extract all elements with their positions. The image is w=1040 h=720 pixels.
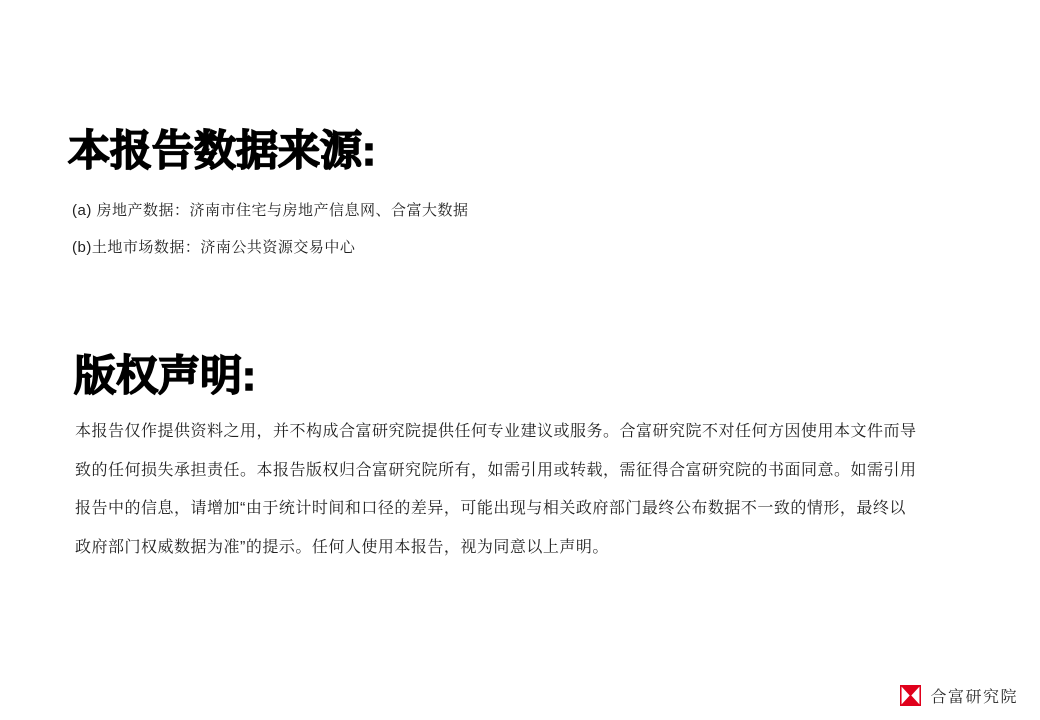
copyright-heading: 版权声明: (74, 353, 256, 399)
copyright-line-2: 致的任何损失承担责任。本报告版权归合富研究院所有，如需引用或转载，需征得合富研究… (75, 452, 980, 491)
data-source-item-b: (b)土地市场数据：济南公共资源交易中心 (72, 229, 469, 266)
copyright-line-4: 政府部门权威数据为准”的提示。任何人使用本报告，视为同意以上声明。 (75, 529, 980, 568)
brand-footer: 合富研究院 (900, 684, 1018, 707)
data-sources-heading: 本报告数据来源: (68, 128, 376, 174)
brand-name-label: 合富研究院 (930, 684, 1018, 707)
copyright-line-3: 报告中的信息，请增加“由于统计时间和口径的差异，可能出现与相关政府部门最终公布数… (75, 490, 980, 529)
data-sources-list: (a) 房地产数据：济南市住宅与房地产信息网、合富大数据 (b)土地市场数据：济… (72, 192, 469, 266)
copyright-paragraph: 本报告仅作提供资料之用，并不构成合富研究院提供任何专业建议或服务。合富研究院不对… (75, 413, 980, 567)
data-source-item-a: (a) 房地产数据：济南市住宅与房地产信息网、合富大数据 (72, 192, 469, 229)
report-disclaimer-slide: 本报告数据来源: (a) 房地产数据：济南市住宅与房地产信息网、合富大数据 (b… (0, 0, 1040, 720)
hopefluent-bowtie-logo-icon (900, 685, 921, 706)
copyright-line-1: 本报告仅作提供资料之用，并不构成合富研究院提供任何专业建议或服务。合富研究院不对… (75, 413, 980, 452)
